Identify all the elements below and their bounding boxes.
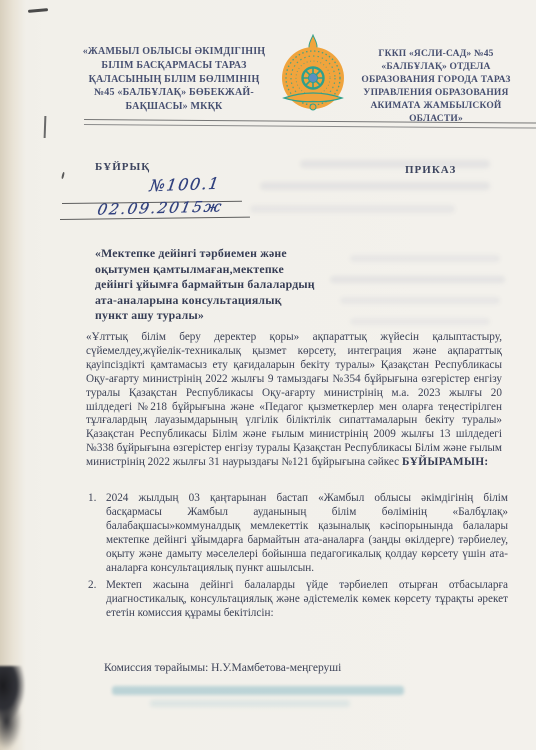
order-label-russian: ПРИКАЗ	[405, 164, 456, 176]
header-line: УПРАВЛЕНИЯ ОБРАЗОВАНИЯ	[348, 87, 524, 100]
header-line: ҚАЛАСЫНЫҢ БІЛІМ БӨЛІМІНІҢ	[76, 73, 272, 87]
pen-mark-artifact	[28, 8, 48, 12]
item-text: 2024 жылдың 03 қаңтарынан бастап «Жамбыл…	[106, 492, 508, 575]
bleed-through-artifact	[250, 205, 455, 213]
order-title-line: «Мектепке дейінгі тәрбиемен және	[95, 246, 385, 262]
order-label-kazakh: БҰЙРЫҚ	[95, 161, 150, 173]
date-underline	[60, 217, 250, 221]
order-number-handwritten: №100.1	[148, 174, 221, 195]
order-title-line: оқытумен қамтылмаған,мектепке	[95, 262, 385, 278]
item-number: 1.	[88, 492, 106, 575]
bleed-through-teal-artifact	[150, 700, 350, 707]
resolve-keyword: БҰЙЫРАМЫН:	[402, 456, 489, 468]
comma-mark-artifact	[61, 172, 65, 179]
scanned-order-page: «ЖАМБЫЛ ОБЛЫСЫ ӘКІМДІГІНІҢ БІЛІМ БАСҚАРМ…	[0, 0, 536, 750]
header-line: ОБРАЗОВАНИЯ ГОРОДА ТАРАЗ	[348, 74, 524, 87]
header-line: БАҚШАСЫ» МКҚК	[76, 100, 272, 114]
bleed-through-artifact	[260, 182, 490, 190]
kazakhstan-emblem-icon	[280, 34, 346, 114]
header-line: «БАЛБҰЛАҚ» ОТДЕЛА	[348, 61, 524, 74]
header-line: №45 «БАЛБҰЛАҚ» БӨБЕКЖАЙ-	[76, 86, 272, 100]
order-item: 2. Мектеп жасына дейінгі балаларды үйде …	[88, 579, 508, 621]
order-title: «Мектепке дейінгі тәрбиемен және оқытуме…	[95, 246, 385, 324]
header-line: «ЖАМБЫЛ ОБЛЫСЫ ӘКІМДІГІНІҢ	[76, 45, 272, 59]
header-line: АКИМАТА ЖАМБЫЛСКОЙ	[348, 100, 524, 113]
ink-blob-artifact	[0, 702, 22, 750]
header-line: БІЛІМ БАСҚАРМАСЫ ТАРАЗ	[76, 59, 272, 73]
commission-chair-line: Комиссия төрайымы: Н.У.Мамбетова-меңгеру…	[104, 662, 341, 674]
order-date-handwritten: 02.09.2015ж	[96, 197, 225, 218]
header-org-name-russian: ГККП «ЯСЛИ-САД» №45 «БАЛБҰЛАҚ» ОТДЕЛА ОБ…	[348, 48, 524, 126]
order-preamble-text: «Ұлттық білім беру деректер қоры» ақпара…	[86, 331, 502, 468]
order-preamble: «Ұлттық білім беру деректер қоры» ақпара…	[86, 331, 502, 470]
order-title-line: дейінгі ұйымға бармайтын балалардың	[95, 277, 385, 293]
order-title-line: пункт ашу туралы»	[95, 308, 385, 324]
bleed-through-teal-artifact	[112, 686, 404, 695]
order-title-line: ата-аналарына консультациялық	[95, 293, 385, 309]
header-org-name-kazakh: «ЖАМБЫЛ ОБЛЫСЫ ӘКІМДІГІНІҢ БІЛІМ БАСҚАРМ…	[76, 45, 272, 114]
order-items: 1. 2024 жылдың 03 қаңтарынан бастап «Жам…	[88, 492, 508, 625]
item-text: Мектеп жасына дейінгі балаларды үйде тәр…	[106, 579, 508, 621]
order-item: 1. 2024 жылдың 03 қаңтарынан бастап «Жам…	[88, 492, 508, 575]
header-line: ГККП «ЯСЛИ-САД» №45	[348, 48, 524, 61]
tick-mark-artifact	[44, 116, 46, 138]
item-number: 2.	[88, 579, 106, 621]
bleed-through-artifact	[300, 160, 490, 168]
